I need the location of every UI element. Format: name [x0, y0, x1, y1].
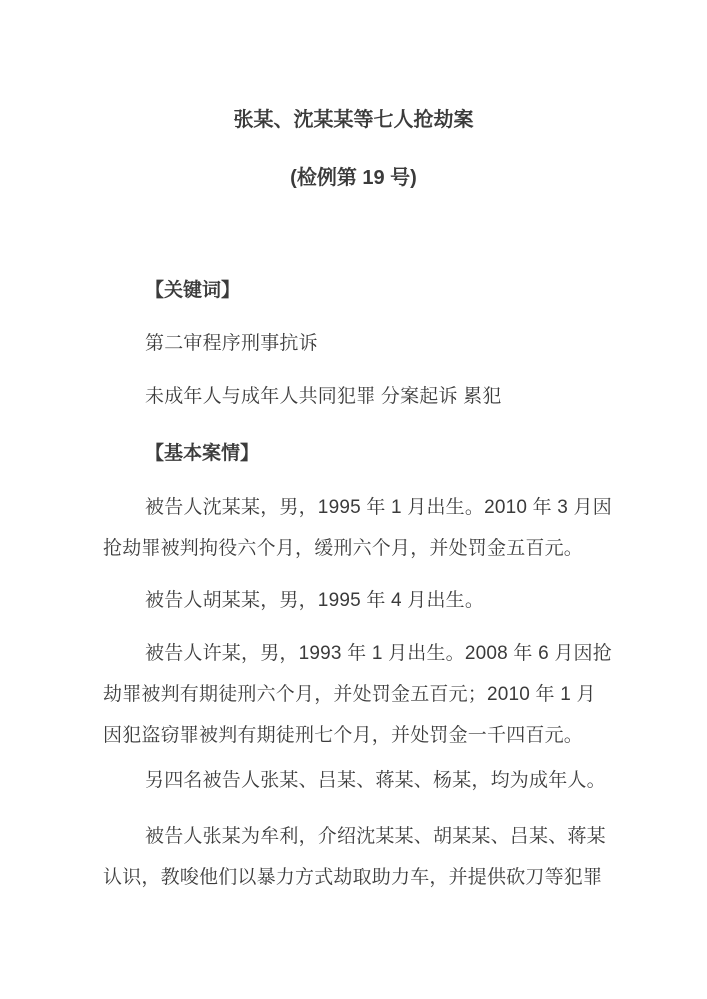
keywords-section-heading: 【关键词】	[103, 270, 604, 311]
keyword-item: 第二审程序刑事抗诉	[103, 323, 604, 364]
facts-paragraph: 被告人张某为牟利，介绍沈某某、胡某某、吕某、蒋某 认识，教唆他们以暴力方式劫取助…	[103, 816, 604, 898]
document-page: 张某、沈某某等七人抢劫案 (检例第 19 号) 【关键词】 第二审程序刑事抗诉 …	[0, 0, 707, 999]
facts-paragraph: 被告人许某，男，1993 年 1 月出生。2008 年 6 月因抢 劫罪被判有期…	[103, 633, 604, 756]
document-title: 张某、沈某某等七人抢劫案	[103, 100, 604, 141]
case-number: (检例第 19 号)	[103, 158, 604, 199]
keyword-item: 未成年人与成年人共同犯罪 分案起诉 累犯	[103, 376, 604, 417]
facts-paragraph: 另四名被告人张某、吕某、蒋某、杨某，均为成年人。	[103, 760, 604, 801]
facts-section-heading: 【基本案情】	[103, 433, 604, 474]
facts-paragraph: 被告人胡某某，男，1995 年 4 月出生。	[103, 580, 604, 621]
facts-paragraph: 被告人沈某某，男，1995 年 1 月出生。2010 年 3 月因 抢劫罪被判拘…	[103, 487, 604, 569]
